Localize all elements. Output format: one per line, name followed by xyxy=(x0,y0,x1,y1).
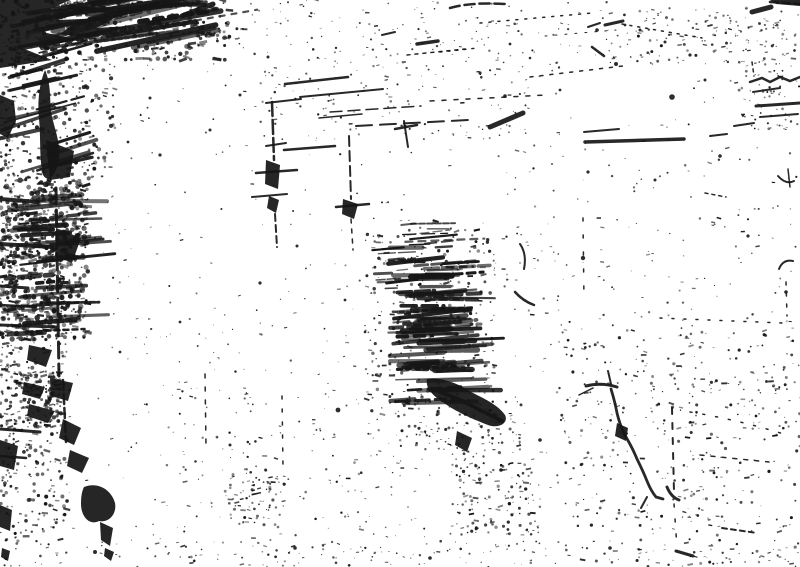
ink-dot-34 xyxy=(664,41,667,44)
scratch-crack-top-bar xyxy=(586,384,617,387)
grunge-texture-image xyxy=(0,0,800,567)
scratch-top-dot-row-2 xyxy=(480,13,592,23)
ink-dot-1 xyxy=(614,62,618,66)
scratch-curl-1 xyxy=(520,244,525,269)
blob-chain-blob-big xyxy=(81,485,115,522)
ink-dot-5 xyxy=(478,71,481,74)
scratch-lb-dash-2 xyxy=(0,244,52,247)
scratch-hook-1b xyxy=(788,169,790,187)
ink-dot-21 xyxy=(179,321,182,324)
speckles-right-lines-area xyxy=(734,61,800,130)
blob-left-mid-blob xyxy=(27,345,52,367)
ink-dot-12 xyxy=(499,468,503,472)
scratch-vert-dots-1 xyxy=(282,396,283,468)
scratch-vert-scratch-1 xyxy=(272,102,274,160)
ink-dot-25 xyxy=(209,129,212,132)
scratch-long-line-2 xyxy=(584,129,619,132)
ink-dot-26 xyxy=(239,94,242,97)
scratch-long-line xyxy=(585,139,684,142)
ink-dot-31 xyxy=(654,179,657,182)
scratch-crack-top-tick xyxy=(608,371,611,384)
scratch-vert-scratch-2 xyxy=(349,136,351,199)
scratch-right-line-1 xyxy=(753,88,780,92)
ink-dot-2 xyxy=(595,28,599,32)
scratch-hook-2b xyxy=(786,282,787,316)
ink-dot-23 xyxy=(364,331,367,334)
scratch-right-dash-sm xyxy=(710,134,727,136)
ink-dot-18 xyxy=(428,556,432,560)
scratch-dotrow-3 xyxy=(700,455,769,462)
blob-crack-knot xyxy=(615,423,628,441)
scratch-scratch-9 xyxy=(266,143,286,146)
blob-vscratch-blob-1 xyxy=(265,160,280,189)
grunge-texture-svg xyxy=(0,0,800,567)
scratch-right-col-dots xyxy=(752,62,754,76)
speckles-bottom-center-cluster xyxy=(450,449,542,535)
speckles-crack-quadrant xyxy=(556,329,800,567)
speckles-right-mid xyxy=(501,139,797,331)
ink-dot-29 xyxy=(108,116,111,119)
speckles-top-right-band xyxy=(609,7,799,64)
speckles-base-noise xyxy=(0,1,794,567)
blob-chain-blob-3 xyxy=(67,450,89,473)
scratch-lb-dash-5 xyxy=(0,325,56,327)
scratch-vert-scratch-1b xyxy=(275,214,277,247)
scratch-top-cluster-dash-2 xyxy=(605,21,623,25)
scratch-vert-dots-2 xyxy=(205,374,206,446)
blob-left-edge-blob xyxy=(0,95,16,138)
ink-dot-15 xyxy=(296,245,299,248)
scratch-crack-dotted-vert xyxy=(672,408,674,492)
ink-dot-33 xyxy=(688,53,691,56)
scratch-dotrow-1 xyxy=(660,318,782,323)
ink-dot-20 xyxy=(119,351,122,354)
scratch-lb-dash-3 xyxy=(0,286,28,288)
ink-dot-7 xyxy=(586,170,589,173)
blob-left-vert-blob-lump xyxy=(46,140,74,180)
ink-dot-37 xyxy=(559,89,562,92)
ink-dot-16 xyxy=(229,444,232,447)
ink-dot-3 xyxy=(336,408,341,413)
scratch-right-line-2 xyxy=(756,103,800,106)
speckle-layer xyxy=(0,0,800,567)
blob-tr-corner-blob xyxy=(770,0,800,6)
scratch-top-dot-row-4 xyxy=(440,48,478,52)
blob-left-edge-blob-4 xyxy=(1,548,10,561)
scratch-top-dash-2 xyxy=(417,41,438,44)
scratch-dotrow-5 xyxy=(705,193,726,197)
blob-cluster-blob-1 xyxy=(22,382,45,399)
ink-dot-0 xyxy=(669,94,675,100)
scratch-right-ridge xyxy=(750,77,800,82)
blob-vscratch-blob-1b xyxy=(267,196,279,213)
blob-left-edge-blob-3 xyxy=(0,505,12,531)
ink-dot-35 xyxy=(639,29,642,32)
ink-dot-38 xyxy=(529,57,532,60)
ink-dot-24 xyxy=(158,153,161,156)
blob-vscratch-blob-2 xyxy=(342,199,358,219)
hatch-smudge-left-hatch xyxy=(372,247,417,288)
ink-dot-14 xyxy=(258,281,261,284)
ink-dot-4 xyxy=(503,94,507,98)
ink-dot-28 xyxy=(149,97,152,100)
scratch-right-line-3 xyxy=(760,114,798,117)
ink-dot-10 xyxy=(784,290,788,294)
ink-dot-6 xyxy=(718,154,722,158)
scratch-scratch-2 xyxy=(300,89,383,97)
scratch-scratch-1 xyxy=(285,77,348,84)
scratch-scratch-3 xyxy=(330,106,421,112)
ink-dot-27 xyxy=(267,56,270,59)
scratch-crack-fork xyxy=(641,497,647,508)
blob-left-edge-blob-2 xyxy=(0,440,18,470)
scratch-scratch-5 xyxy=(430,95,546,101)
speckles-bottom-left-cluster xyxy=(224,468,286,528)
scratch-tr-dot-diag xyxy=(622,24,702,38)
ink-dot-19 xyxy=(93,550,97,554)
ink-dot-22 xyxy=(344,299,347,302)
ink-dot-17 xyxy=(293,546,297,550)
hatch-smudge-top-hatch xyxy=(401,223,457,247)
scratch-top-backslash xyxy=(592,47,604,56)
scratch-top-dot-row-3 xyxy=(545,30,616,36)
blob-chain-blob-2 xyxy=(59,419,81,445)
hatch-layer xyxy=(0,0,503,403)
scratch-top-cluster-dash-1 xyxy=(588,23,600,27)
scratch-curl-2 xyxy=(515,292,534,305)
scratch-hook-1 xyxy=(778,176,794,182)
ink-dot-36 xyxy=(624,24,627,27)
scratch-tr-corner-dash xyxy=(752,7,771,12)
ink-dot-11 xyxy=(538,438,542,442)
scratch-top-dash-small xyxy=(382,32,395,35)
scratch-crack-bottom-dash xyxy=(676,551,693,556)
ink-dot-39 xyxy=(509,43,512,46)
blob-below-smudge-blob xyxy=(455,431,472,452)
blob-chain-blob-tip xyxy=(104,548,114,561)
scratch-crack-branch xyxy=(579,388,593,395)
scratch-cross-scratch-3v xyxy=(404,121,408,147)
scratch-hook-2 xyxy=(779,261,793,269)
speckles-top-band xyxy=(250,0,609,56)
ink-dot-8 xyxy=(581,256,585,260)
speckles-mid-left-sparse xyxy=(81,281,378,439)
ink-dot-13 xyxy=(608,546,612,550)
ink-dot-9 xyxy=(746,234,749,237)
scratch-crack-dots-below xyxy=(674,504,677,548)
ink-dot-32 xyxy=(704,79,707,82)
scratch-top-dash-1 xyxy=(450,4,505,9)
scratch-scratch-8 xyxy=(284,146,335,150)
scratch-vert-scratch-2b xyxy=(351,219,353,250)
ink-dot-30 xyxy=(127,141,130,144)
scratch-scratch-6 xyxy=(530,66,623,77)
scratch-lb-dash-6 xyxy=(0,429,40,432)
